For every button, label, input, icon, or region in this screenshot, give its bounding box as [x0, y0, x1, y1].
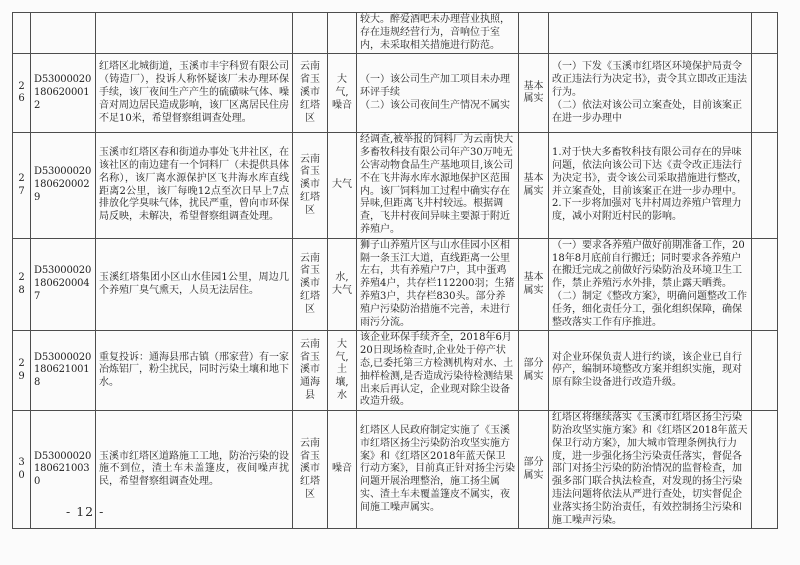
region-cell: 云南省玉溪市红塔区 [293, 411, 328, 529]
row-number-cell: 30 [13, 411, 31, 529]
measures-cell: （一）下发《玉溪市红塔区环境保护局责令改正违法行为决定书》，责令其立即改正违法行… [549, 54, 752, 133]
row-number-cell: 27 [13, 133, 31, 238]
page-number: - 12 - [66, 504, 104, 519]
pollution-type-cell: 噪音 [328, 411, 357, 529]
pollution-type-cell: 水,大气 [328, 238, 357, 331]
case-id-cell: D530000201806200029 [31, 133, 96, 238]
table-row: 28 D530000201806200047 玉溪红塔集团小区山水佳园1公里，周… [13, 238, 778, 331]
complaint-cell: 玉溪红塔集团小区山水佳园1公里，周边几个养殖厂臭气熏天，人员无法居住。 [96, 238, 293, 331]
measures-cell: （一）要求各养殖户做好前期准备工作，2018年8月底前自行搬迁；同时要求各养殖户… [549, 238, 752, 331]
complaint-cell: 重复投诉：通海县邢古镇（邢家营）有一家冶炼铝厂，粉尘扰民，同时污染土壤和地下水。 [96, 331, 293, 411]
status-cell: 基本属实 [519, 133, 549, 238]
complaint-cell [96, 13, 293, 54]
remark-cell [752, 331, 778, 411]
case-id-cell [31, 13, 96, 54]
case-id-cell: D530000201806200012 [31, 54, 96, 133]
row-number-cell: 29 [13, 331, 31, 411]
investigation-cell: （一）该公司生产加工项目未办理环评手续 （二）该公司夜间生产情况不属实 [357, 54, 519, 133]
investigation-cell: 经调查,被举报的饲料厂为云南快大多畜牧科技有限公司年产30万吨无公害动物食品生产… [357, 133, 519, 238]
remark-cell [752, 238, 778, 331]
pollution-type-cell: 大气,噪音 [328, 54, 357, 133]
complaint-cell: 玉溪市红塔区春和街道办事处飞井社区，在该社区的南边建有一个饲料厂（未提供具体名称… [96, 133, 293, 238]
remark-cell [752, 54, 778, 133]
complaint-cell: 红塔区北城街道，玉溪市丰宇科贸有限公司（铸造厂），投诉人称怀疑该厂未办理环保手续… [96, 54, 293, 133]
table-row: 30 D530000201806210030 玉溪市红塔区道路施工工地，防治污染… [13, 411, 778, 529]
row-number-cell: 28 [13, 238, 31, 331]
measures-cell: 1.对于快大多畜牧科技有限公司存在的异味问题，依法向该公司下达《责令改正违法行为… [549, 133, 752, 238]
status-cell: 基本属实 [519, 54, 549, 133]
document-page: 较大。醉爱酒吧未办理营业执照，存在违规经营行为，音响位于室内，未采取相关措施进行… [0, 0, 800, 565]
remark-cell [752, 133, 778, 238]
case-id-cell: D530000201806210018 [31, 331, 96, 411]
investigation-cell: 红塔区人民政府制定实施了《玉溪市红塔区扬尘污染防治攻坚实施方案》和《红塔区201… [357, 411, 519, 529]
pollution-type-cell: 大气,土壤,水 [328, 331, 357, 411]
remark-cell [752, 411, 778, 529]
status-cell [519, 13, 549, 54]
pollution-type-cell [328, 13, 357, 54]
remark-cell [752, 13, 778, 54]
table-row: 26 D530000201806200012 红塔区北城街道，玉溪市丰宇科贸有限… [13, 54, 778, 133]
status-cell: 部分属实 [519, 331, 549, 411]
measures-cell: 红塔区将继续落实《玉溪市红塔区扬尘污染防治攻坚实施方案》和《红塔区2018年蓝天… [549, 411, 752, 529]
region-cell [293, 13, 328, 54]
investigation-cell: 狮子山养殖片区与山水佳园小区相隔一条玉江大道，直线距离一公里左右，共有养殖户7户… [357, 238, 519, 331]
status-cell: 部分属实 [519, 411, 549, 529]
measures-cell [549, 13, 752, 54]
region-cell: 云南省玉溪市红塔区 [293, 133, 328, 238]
table-row: 27 D530000201806200029 玉溪市红塔区春和街道办事处飞井社区… [13, 133, 778, 238]
region-cell: 云南省玉溪市红塔区 [293, 238, 328, 331]
measures-cell: 对企业环保负责人进行约谈，该企业已自行停产，编制环境整改方案并组织实施，现对原有… [549, 331, 752, 411]
complaint-cell: 玉溪市红塔区道路施工工地，防治污染的设施不到位，渣土车未盖篷皮，夜间噪声扰民，希… [96, 411, 293, 529]
table-row: 29 D530000201806210018 重复投诉：通海县邢古镇（邢家营）有… [13, 331, 778, 411]
pollution-type-cell: 大气 [328, 133, 357, 238]
investigation-cell: 该企业环保手续齐全，2018年6月20日现场检查时,企业处于停产状态,已委托第三… [357, 331, 519, 411]
table-row-carryover: 较大。醉爱酒吧未办理营业执照，存在违规经营行为，音响位于室内，未采取相关措施进行… [13, 13, 778, 54]
inspection-cases-table: 较大。醉爱酒吧未办理营业执照，存在违规经营行为，音响位于室内，未采取相关措施进行… [12, 12, 778, 529]
region-cell: 云南省玉溪市红塔区 [293, 54, 328, 133]
investigation-cell: 较大。醉爱酒吧未办理营业执照，存在违规经营行为，音响位于室内，未采取相关措施进行… [357, 13, 519, 54]
row-number-cell: 26 [13, 54, 31, 133]
row-number-cell [13, 13, 31, 54]
status-cell: 基本属实 [519, 238, 549, 331]
region-cell: 云南省玉溪市通海县 [293, 331, 328, 411]
case-id-cell: D530000201806200047 [31, 238, 96, 331]
